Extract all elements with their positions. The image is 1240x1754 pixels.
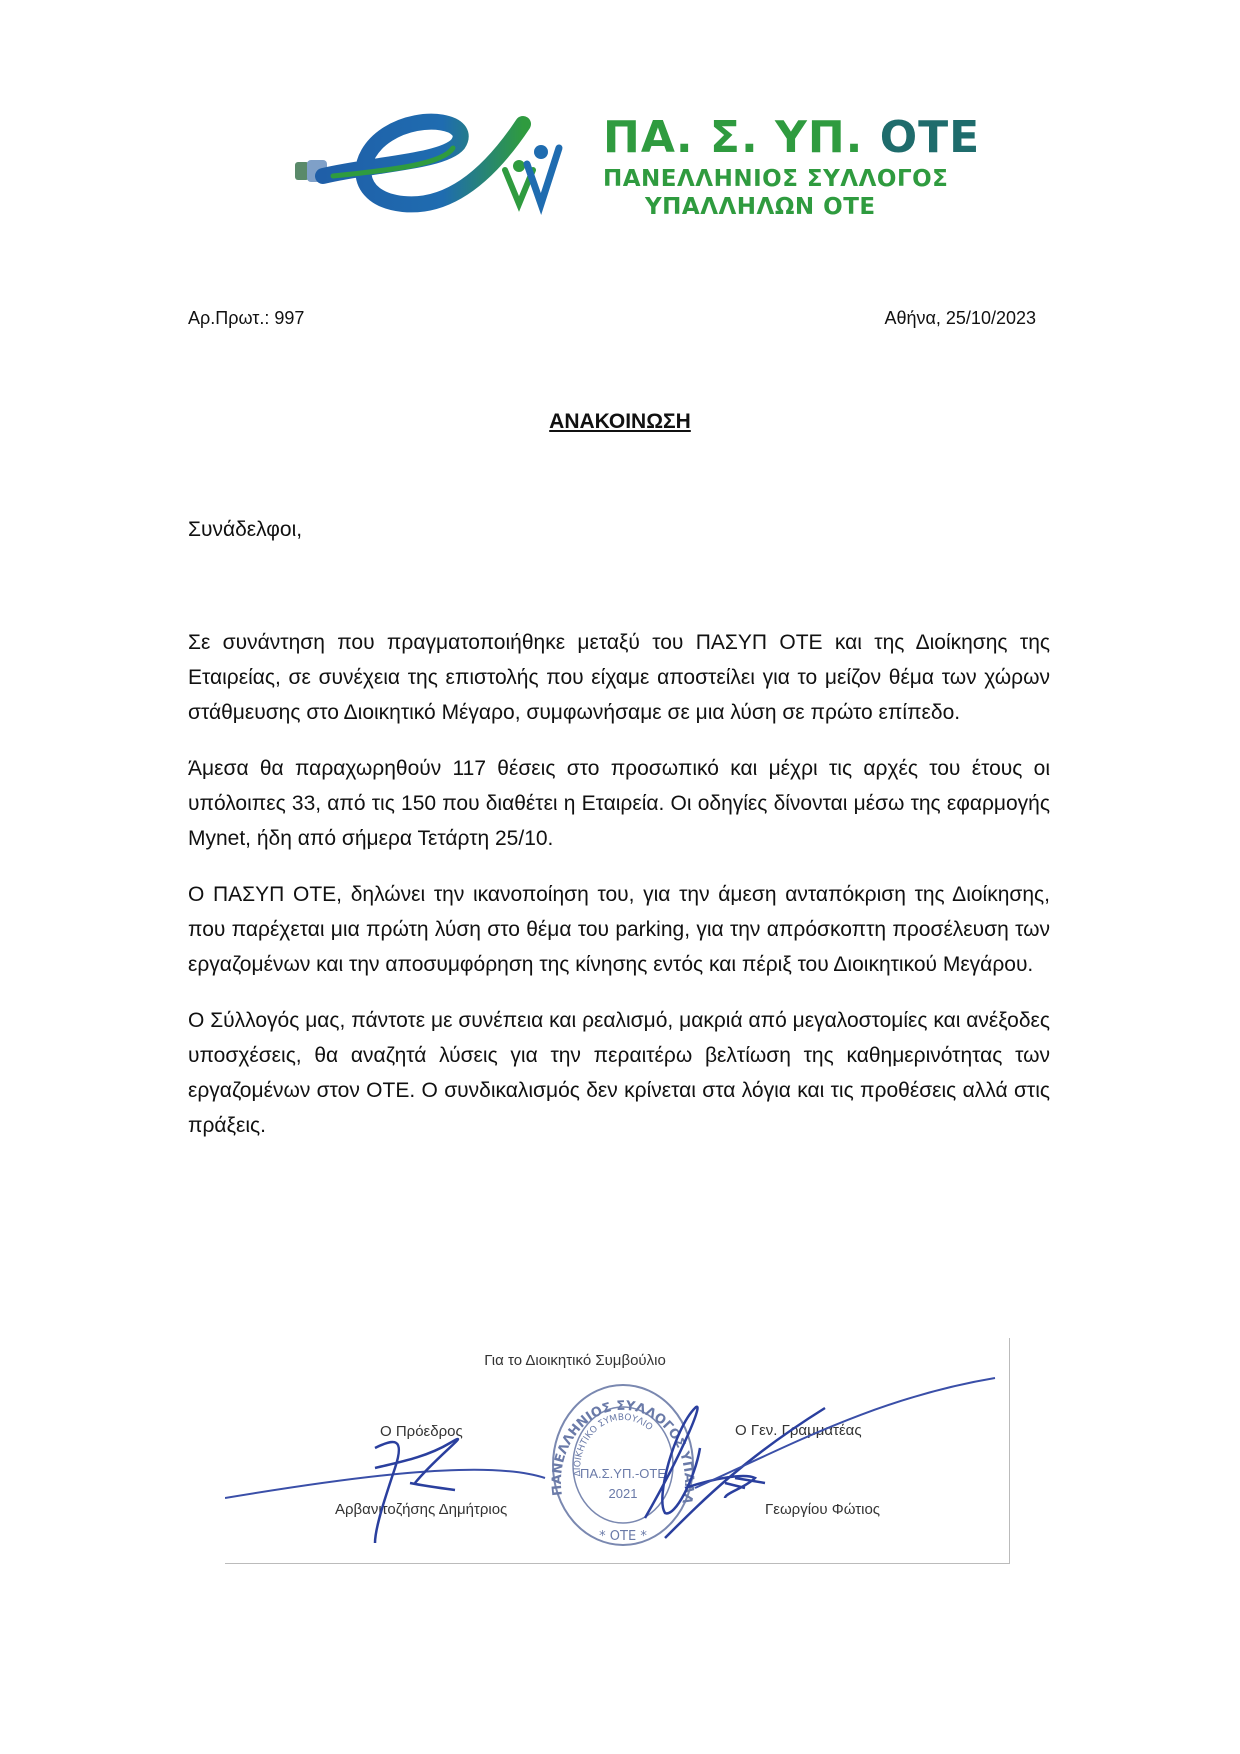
- handwritten-signatures-icon: [225, 1338, 1009, 1563]
- logo-subtitle-1: ΠΑΝΕΛΛΗΝΙΟΣ ΣΥΛΛΟΓΟΣ: [603, 166, 948, 192]
- place-date: Αθήνα, 25/10/2023: [884, 308, 1036, 329]
- paragraph: Ο ΠΑΣΥΠ ΟΤΕ, δηλώνει την ικανοποίηση του…: [188, 877, 1050, 982]
- greeting: Συνάδελφοι,: [188, 518, 302, 542]
- paragraph: Ο Σύλλογός μας, πάντοτε με συνέπεια και …: [188, 1003, 1050, 1143]
- organization-logo: ΠΑ. Σ. ΥΠ. ΟΤΕ ΠΑΝΕΛΛΗΝΙΟΣ ΣΥΛΛΟΓΟΣ ΥΠΑΛ…: [293, 104, 943, 222]
- logo-title-ote: ΟΤΕ: [880, 112, 980, 163]
- protocol-number: Αρ.Πρωτ.: 997: [188, 308, 304, 329]
- logo-title-prefix: ΠΑ. Σ. ΥΠ.: [603, 112, 880, 163]
- paragraph: Σε συνάντηση που πραγματοποιήθηκε μεταξύ…: [188, 625, 1050, 730]
- signature-block: Για το Διοικητικό Συμβούλιο Ο Πρόεδρος Α…: [225, 1338, 1010, 1564]
- pasyp-ote-e-logo-icon: [293, 104, 593, 222]
- document-title: ΑΝΑΚΟΙΝΩΣΗ: [0, 410, 1240, 434]
- announcement-body: Σε συνάντηση που πραγματοποιήθηκε μεταξύ…: [188, 625, 1050, 1164]
- logo-title: ΠΑ. Σ. ΥΠ. ΟΤΕ: [603, 112, 980, 163]
- paragraph: Άμεσα θα παραχωρηθούν 117 θέσεις στο προ…: [188, 751, 1050, 856]
- logo-subtitle-2: ΥΠΑΛΛΗΛΩΝ ΟΤΕ: [645, 194, 876, 220]
